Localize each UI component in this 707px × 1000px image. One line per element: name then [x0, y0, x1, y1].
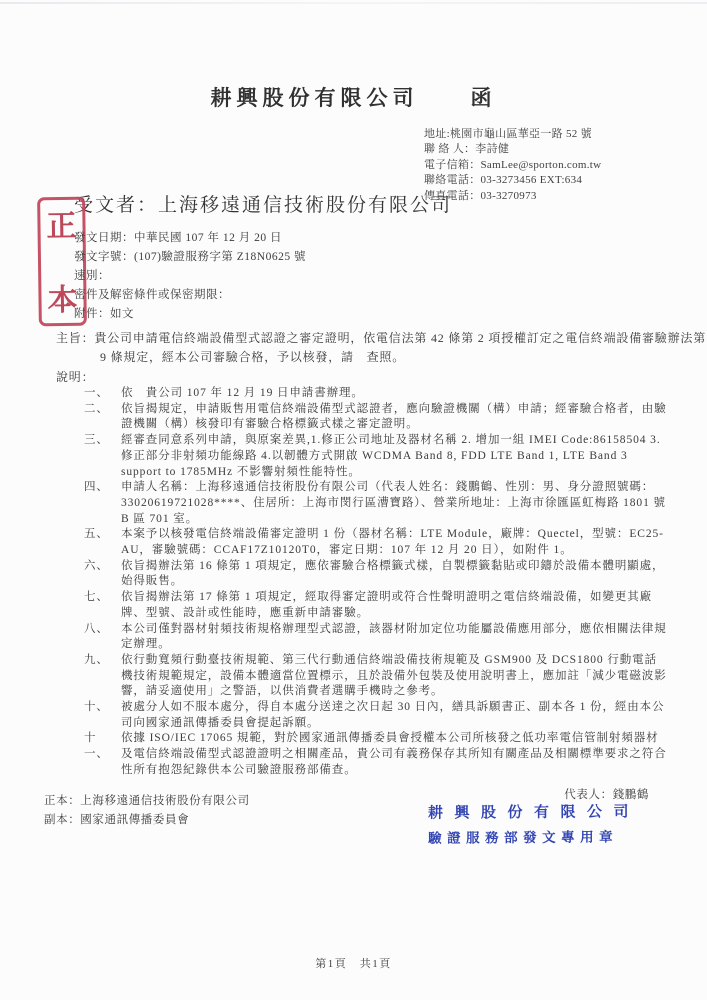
item-text: 依據 ISO/IEC 17065 規範，對於國家通訊傳播委員會授權本公司所核發之…: [121, 731, 668, 778]
item-text: 被處分人如不服本處分，得自本處分送達之次日起 30 日內，繕具訴願書正、副本各 …: [121, 700, 668, 731]
explanation-item: 十、 被處分人如不服本處分，得自本處分送達之次日起 30 日內，繕具訴願書正、副…: [84, 700, 668, 731]
explanation-item: 三、 經審查同意系列申請，與原案差異,1.修正公司地址及器材名稱 2. 增加一組…: [84, 433, 668, 480]
explanation-label: 說明：: [56, 368, 94, 385]
original-recipient-line: 正本：上海移遠通信技術股份有限公司: [44, 792, 250, 811]
item-number: 九、: [84, 653, 121, 669]
contact-phone: 聯絡電話：03-3273456 EXT:634: [424, 173, 601, 188]
reference-number-line: 發文字號：(107)驗證服務字第 Z18N0625 號: [74, 248, 306, 267]
explanation-item: 十一、 依據 ISO/IEC 17065 規範，對於國家通訊傳播委員會授權本公司…: [84, 731, 668, 778]
item-text: 申請人名稱：上海移遠通信技術股份有限公司（代表人姓名：錢鵬鶴、性別：男、身分證照…: [121, 480, 668, 527]
explanation-list: 一、 依 貴公司 107 年 12 月 19 日申請書辦理。 二、 依旨揭規定，…: [84, 386, 668, 779]
seal-company-name: 耕興股份有限公司: [428, 800, 640, 822]
explanation-item: 五、 本案予以核發電信終端設備審定證明 1 份（器材名稱：LTE Module，…: [84, 527, 668, 558]
explanation-item: 四、 申請人名稱：上海移遠通信技術股份有限公司（代表人姓名：錢鵬鶴、性別：男、身…: [84, 480, 668, 527]
item-text: 依 貴公司 107 年 12 月 19 日申請書辦理。: [121, 386, 668, 402]
item-number: 五、: [84, 527, 121, 543]
item-text: 依行動寬頻行動臺技術規範、第三代行動通信終端設備技術規範及 GSM900 及 D…: [121, 653, 668, 700]
item-text: 依旨揭規定，申請販售用電信終端設備型式認證者，應向驗證機關（構）申請；經審驗合格…: [121, 402, 668, 433]
meta-block: 發文日期：中華民國 107 年 12 月 20 日 發文字號：(107)驗證服務…: [74, 229, 306, 324]
item-text: 依旨揭辦法第 17 條第 1 項規定，經取得審定證明或符合性聲明證明之電信終端設…: [121, 590, 668, 621]
subject-label: 主旨：: [56, 331, 94, 345]
explanation-item: 八、 本公司僅對器材射頻技術規格辦理型式認證，該器材附加定位功能屬設備應用部分，…: [84, 622, 668, 653]
contact-address: 地址:桃園市龜山區華亞一路 52 號: [424, 127, 601, 142]
explanation-item: 七、 依旨揭辦法第 17 條第 1 項規定，經取得審定證明或符合性聲明證明之電信…: [84, 590, 668, 621]
item-text: 本案予以核發電信終端設備審定證明 1 份（器材名稱：LTE Module，廠牌：…: [121, 527, 668, 558]
subject-line: 主旨：貴公司申請電信終端設備型式認證之審定證明，依電信法第 42 條第 2 項授…: [56, 329, 707, 366]
document-page: 耕興股份有限公司 函 地址:桃園市龜山區華亞一路 52 號 聯 絡 人：李詩健 …: [0, 0, 707, 1000]
item-number: 三、: [84, 433, 121, 449]
attachment-line: 附件：如文: [74, 305, 306, 324]
item-text: 經審查同意系列申請，與原案差異,1.修正公司地址及器材名稱 2. 增加一組 IM…: [121, 433, 668, 480]
company-seal: 耕興股份有限公司 驗證服務部發文專用章: [428, 800, 640, 846]
scan-edge: [0, 2, 707, 4]
issue-date-line: 發文日期：中華民國 107 年 12 月 20 日: [74, 229, 306, 248]
subject-text: 貴公司申請電信終端設備型式認證之審定證明，依電信法第 42 條第 2 項授權訂定…: [94, 331, 706, 364]
item-number: 十一、: [84, 731, 121, 762]
distribution-block: 正本：上海移遠通信技術股份有限公司 副本：國家通訊傳播委員會: [44, 792, 250, 830]
seal-department-line: 驗證服務部發文專用章: [428, 825, 640, 846]
item-text: 依旨揭辦法第 16 條第 1 項規定，應依審驗合格標籤式樣，自製標籤黏貼或印鑄於…: [121, 559, 668, 590]
item-text: 本公司僅對器材射頻技術規格辦理型式認證，該器材附加定位功能屬設備應用部分，應依相…: [121, 622, 668, 653]
explanation-item: 二、 依旨揭規定，申請販售用電信終端設備型式認證者，應向驗證機關（構）申請；經審…: [84, 402, 668, 433]
item-number: 八、: [84, 622, 121, 638]
recipient-line: 受文者：上海移遠通信技術股份有限公司: [74, 190, 452, 217]
item-number: 六、: [84, 559, 121, 575]
item-number: 七、: [84, 590, 121, 606]
item-number: 十、: [84, 700, 121, 716]
contact-person: 聯 絡 人：李詩健: [424, 142, 601, 157]
item-number: 二、: [84, 402, 121, 418]
item-number: 一、: [84, 386, 121, 402]
copy-recipient-line: 副本：國家通訊傳播委員會: [44, 811, 250, 830]
stamp-char-top: 正: [46, 201, 77, 245]
page-number: 第1頁 共1頁: [0, 955, 707, 971]
secrecy-line: 密件及解密條件或保密期限：: [74, 286, 306, 305]
explanation-item: 一、 依 貴公司 107 年 12 月 19 日申請書辦理。: [84, 386, 668, 402]
item-number: 四、: [84, 480, 121, 496]
document-title: 耕興股份有限公司 函: [0, 82, 707, 112]
explanation-item: 九、 依行動寬頻行動臺技術規範、第三代行動通信終端設備技術規範及 GSM900 …: [84, 653, 668, 700]
speed-line: 速別：: [74, 267, 306, 286]
contact-email: 電子信箱：SamLee@sporton.com.tw: [424, 158, 601, 173]
explanation-item: 六、 依旨揭辦法第 16 條第 1 項規定，應依審驗合格標籤式樣，自製標籤黏貼或…: [84, 559, 668, 590]
